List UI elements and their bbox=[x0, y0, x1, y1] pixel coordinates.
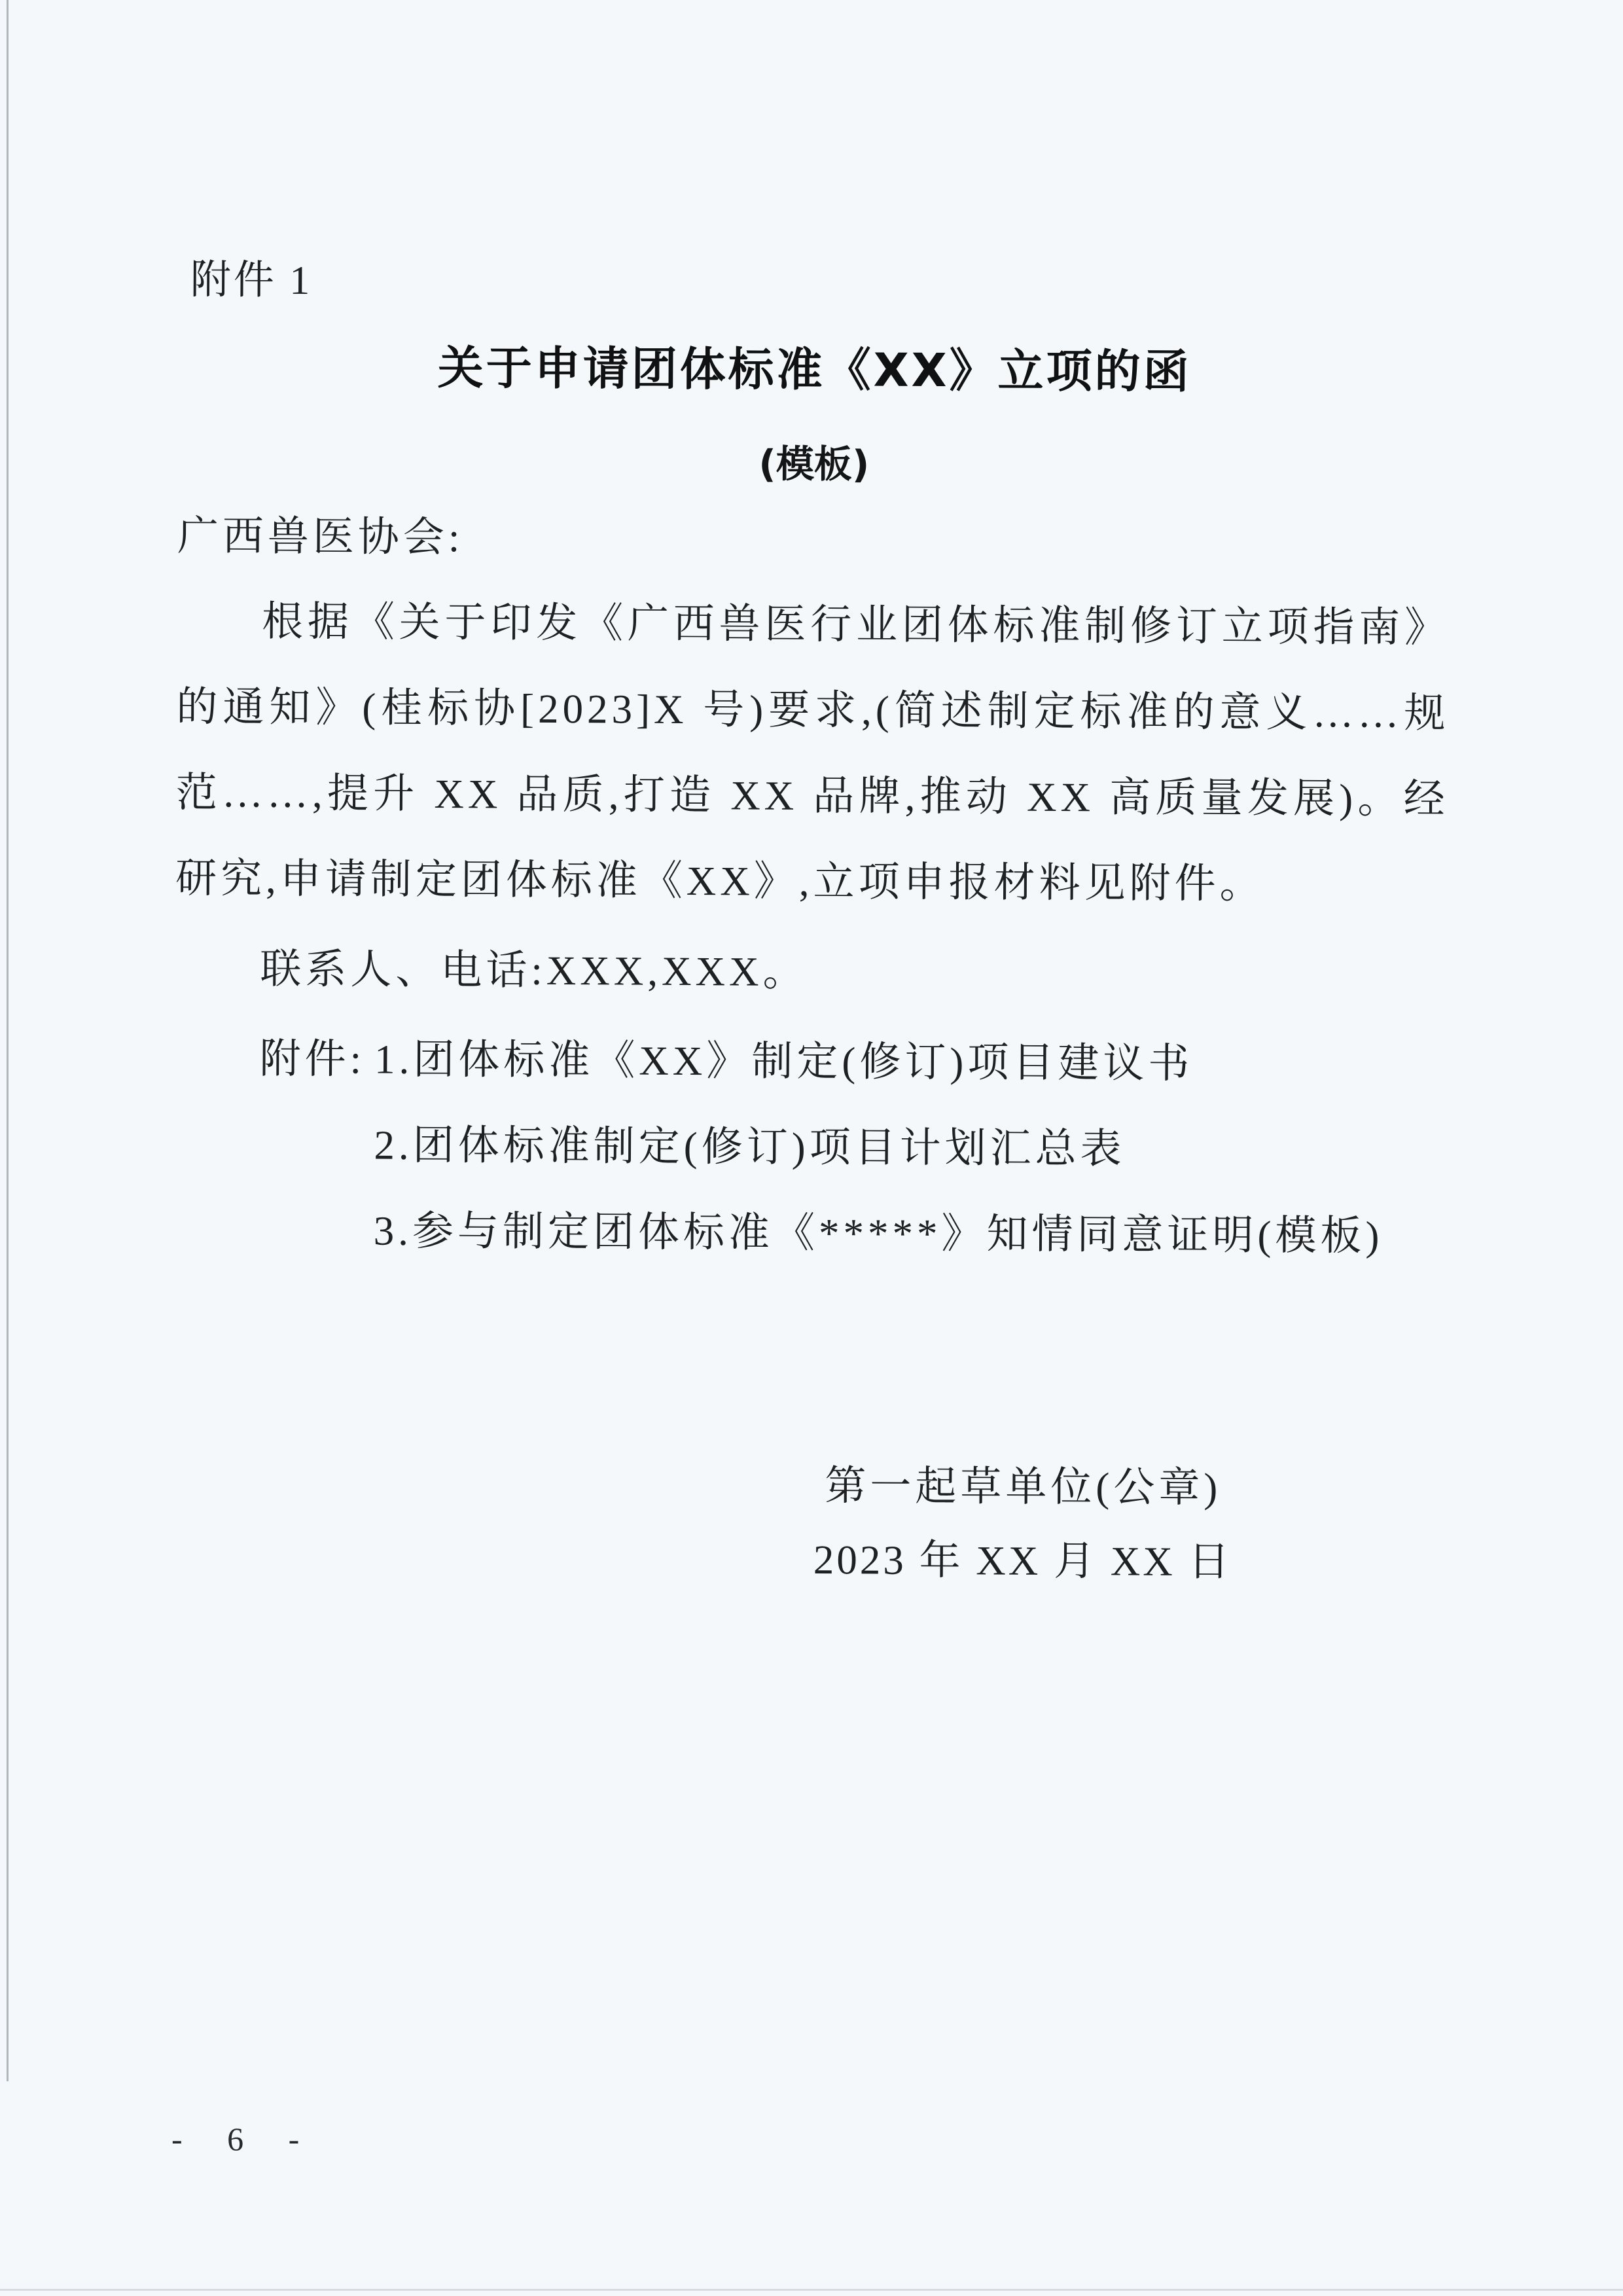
attachments-section: 附件: 1.团体标准《XX》制定(修订)项目建议书 2.团体标准制定(修订)项目… bbox=[259, 1016, 1448, 1280]
signature-date: 2023 年 XX 月 XX 日 bbox=[813, 1517, 1232, 1605]
contact-line: 联系人、电话:XXX,XXX。 bbox=[260, 927, 1448, 1019]
salutation: 广西兽医协会: bbox=[177, 493, 1450, 585]
scan-bottom-edge-line bbox=[0, 2289, 1623, 2291]
attachment-item-2: 2.团体标准制定(修订)项目计划汇总表 bbox=[374, 1103, 1447, 1194]
attachments-list: 1.团体标准《XX》制定(修订)项目建议书 2.团体标准制定(修订)项目计划汇总… bbox=[373, 1017, 1448, 1280]
attachment-item-3: 3.参与制定团体标准《*****》知情同意证明(模板) bbox=[373, 1189, 1446, 1280]
document-page: 附件 1 关于申请团体标准《XX》立项的函 (模板) 广西兽医协会: 根据《关于… bbox=[0, 0, 1623, 1607]
page-number: - 6 - bbox=[171, 2119, 317, 2159]
signature-block: 第一起草单位(公章) 2023 年 XX 月 XX 日 bbox=[813, 1443, 1233, 1605]
document-title: 关于申请团体标准《XX》立项的函 bbox=[178, 324, 1452, 416]
attachment-item-1: 1.团体标准《XX》制定(修订)项目建议书 bbox=[374, 1017, 1448, 1109]
body-paragraph: 根据《关于印发《广西兽医行业团体标准制修订立项指南》的通知》(桂标协[2023]… bbox=[175, 579, 1450, 928]
attachment-number-label: 附件 1 bbox=[190, 238, 1452, 329]
attachments-label: 附件: bbox=[259, 1016, 365, 1103]
